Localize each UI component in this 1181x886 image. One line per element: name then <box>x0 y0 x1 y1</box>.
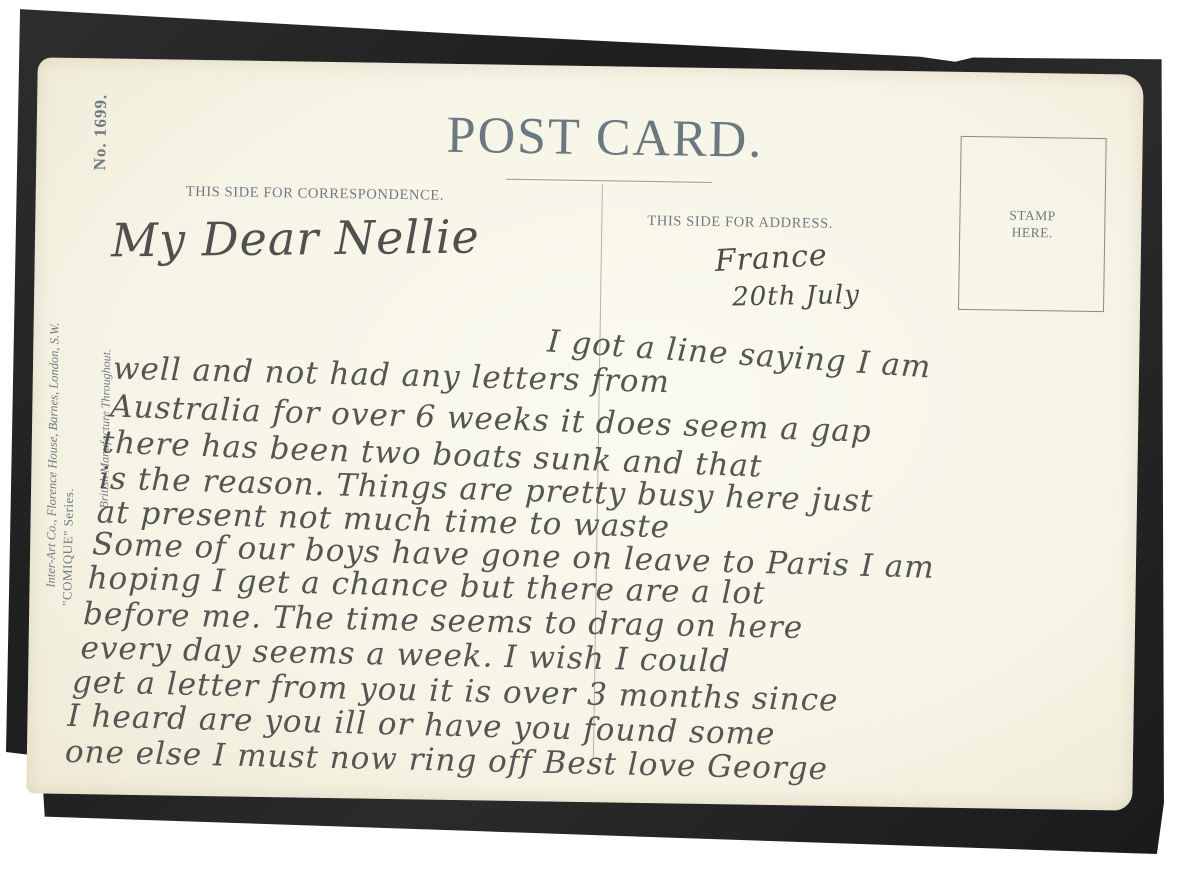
postcard-title: POST CARD. <box>446 106 764 170</box>
stamp-box: STAMP HERE. <box>958 136 1107 312</box>
handwritten-place: France <box>714 238 829 279</box>
title-rule <box>506 179 712 183</box>
series-imprint: "COMIQUE" Series. <box>59 488 77 606</box>
handwritten-salutation: My Dear Nellie <box>111 209 480 267</box>
postcard: POST CARD. THIS SIDE FOR CORRESPONDENCE.… <box>26 57 1143 810</box>
stamp-label-line2: HERE. <box>1012 224 1053 242</box>
scan-background: POST CARD. THIS SIDE FOR CORRESPONDENCE.… <box>0 0 1181 886</box>
address-label: THIS SIDE FOR ADDRESS. <box>647 213 833 233</box>
handwritten-date: 20th July <box>732 280 860 312</box>
card-number: No. 1699. <box>90 94 111 171</box>
correspondence-label: THIS SIDE FOR CORRESPONDENCE. <box>186 184 445 205</box>
stamp-label-line1: STAMP <box>1009 207 1056 225</box>
